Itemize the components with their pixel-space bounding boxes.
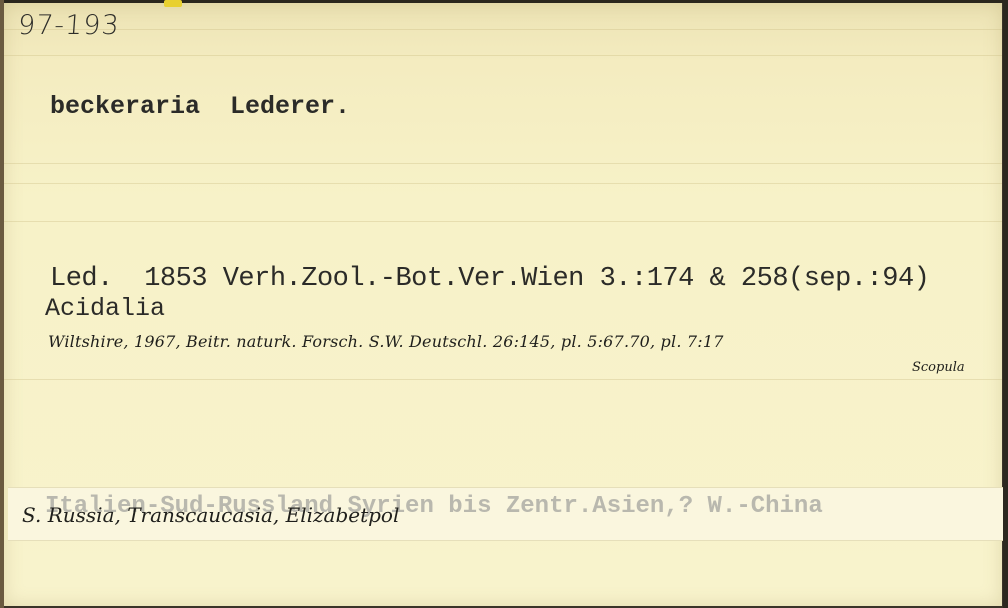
handwritten-locality: S. Russia, Transcaucasia, Elizabetpol	[22, 503, 399, 527]
original-genus: Acidalia	[45, 294, 165, 323]
card-rule	[4, 221, 1002, 222]
handwritten-current-genus: Scopula	[912, 360, 965, 375]
card-rule	[4, 379, 1002, 380]
card-rule	[4, 183, 1002, 184]
card-number: 97-193	[17, 10, 121, 41]
card-rule	[4, 29, 1002, 30]
species-name: beckeraria Lederer.	[50, 92, 350, 121]
citation: Led. 1853 Verh.Zool.-Bot.Ver.Wien 3.:174…	[50, 264, 929, 294]
card-rule	[4, 163, 1002, 164]
tab-marker	[164, 0, 182, 7]
handwritten-reference: Wiltshire, 1967, Beitr. naturk. Forsch. …	[48, 332, 724, 351]
card-rule	[4, 55, 1002, 56]
scan-edge-right	[1003, 0, 1008, 608]
